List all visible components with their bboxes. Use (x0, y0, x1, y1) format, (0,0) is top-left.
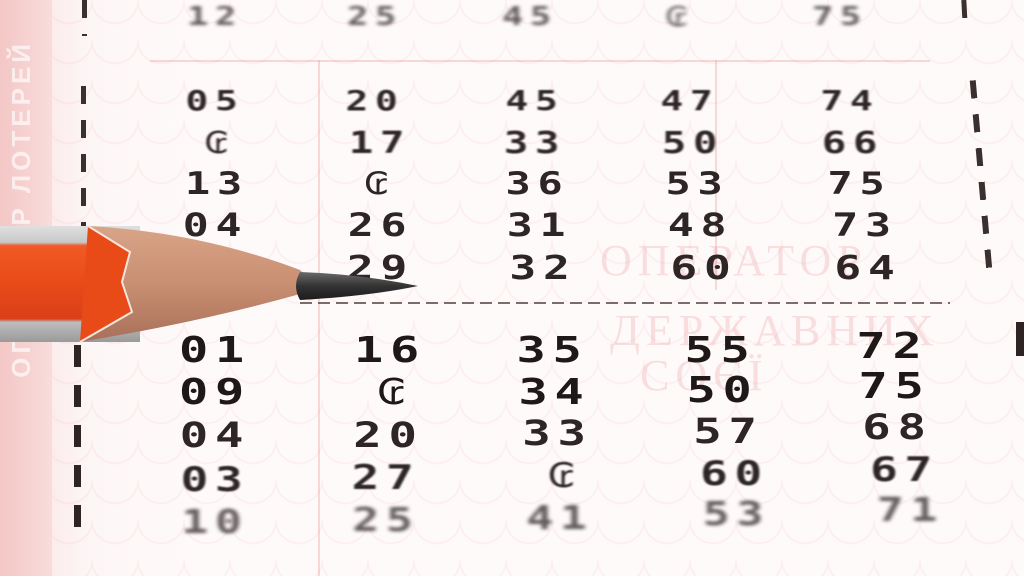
number-cell: 60 (664, 454, 806, 494)
pencil (0, 222, 430, 347)
number-cell: 09 (148, 372, 283, 413)
number-cell: 32 (477, 248, 609, 287)
pencil-lead (296, 272, 418, 300)
number-cell: 41 (493, 498, 628, 537)
number-cell: 05 (154, 84, 276, 117)
number-cell: 35 (482, 330, 624, 371)
number-cell: 53 (666, 494, 808, 533)
number-cell: 48 (636, 206, 764, 244)
card-border-left-lower (74, 345, 81, 545)
number-cell: 60 (638, 248, 770, 287)
horseshoe-icon: ₢ (640, 0, 721, 33)
number-cell: 64 (801, 248, 936, 287)
horseshoe-icon: ₢ (504, 456, 626, 496)
number-cell: 10 (148, 502, 283, 541)
number-cell: 03 (148, 460, 283, 500)
number-cell: 33 (474, 126, 596, 161)
number-cell: 25 (319, 500, 454, 539)
number-cell: 45 (474, 84, 596, 117)
number-cell: 72 (822, 326, 964, 367)
number-cell: 74 (789, 84, 911, 117)
number-cell: 66 (792, 126, 914, 161)
number-cell: 75 (786, 2, 894, 32)
number-cell: 67 (834, 450, 976, 490)
number-cell: 71 (840, 490, 982, 529)
number-cell: 47 (629, 84, 751, 117)
card-border-left-upper (81, 86, 86, 226)
number-cell: 27 (319, 458, 454, 498)
number-cell: 33 (487, 414, 629, 454)
horseshoe-icon: ₢ (326, 166, 434, 202)
card-border-left-upper (82, 0, 87, 36)
number-cell: 13 (156, 166, 278, 202)
number-cell: 68 (827, 408, 969, 448)
number-cell: 57 (658, 412, 800, 452)
number-cell: 25 (321, 2, 429, 32)
number-cell: 73 (798, 206, 933, 244)
number-cell: 75 (795, 166, 923, 202)
number-cell: 31 (475, 206, 603, 244)
number-cell: 75 (824, 366, 966, 407)
pink-rule (150, 60, 930, 62)
number-cell: 36 (473, 166, 601, 202)
number-cell: 12 (168, 2, 263, 32)
card-border-right-lower (1016, 322, 1024, 356)
number-cell: 17 (319, 126, 441, 161)
number-cell: 45 (476, 2, 584, 32)
horseshoe-icon: ₢ (166, 126, 274, 161)
number-cell: 04 (148, 416, 283, 456)
number-cell: 55 (650, 330, 792, 371)
number-cell: 50 (632, 126, 754, 161)
horseshoe-icon: ₢ (334, 372, 456, 413)
number-cell: 20 (318, 416, 460, 456)
number-cell: 50 (652, 370, 794, 411)
number-cell: 34 (484, 372, 626, 413)
number-cell: 20 (314, 84, 436, 117)
number-cell: 53 (633, 166, 761, 202)
